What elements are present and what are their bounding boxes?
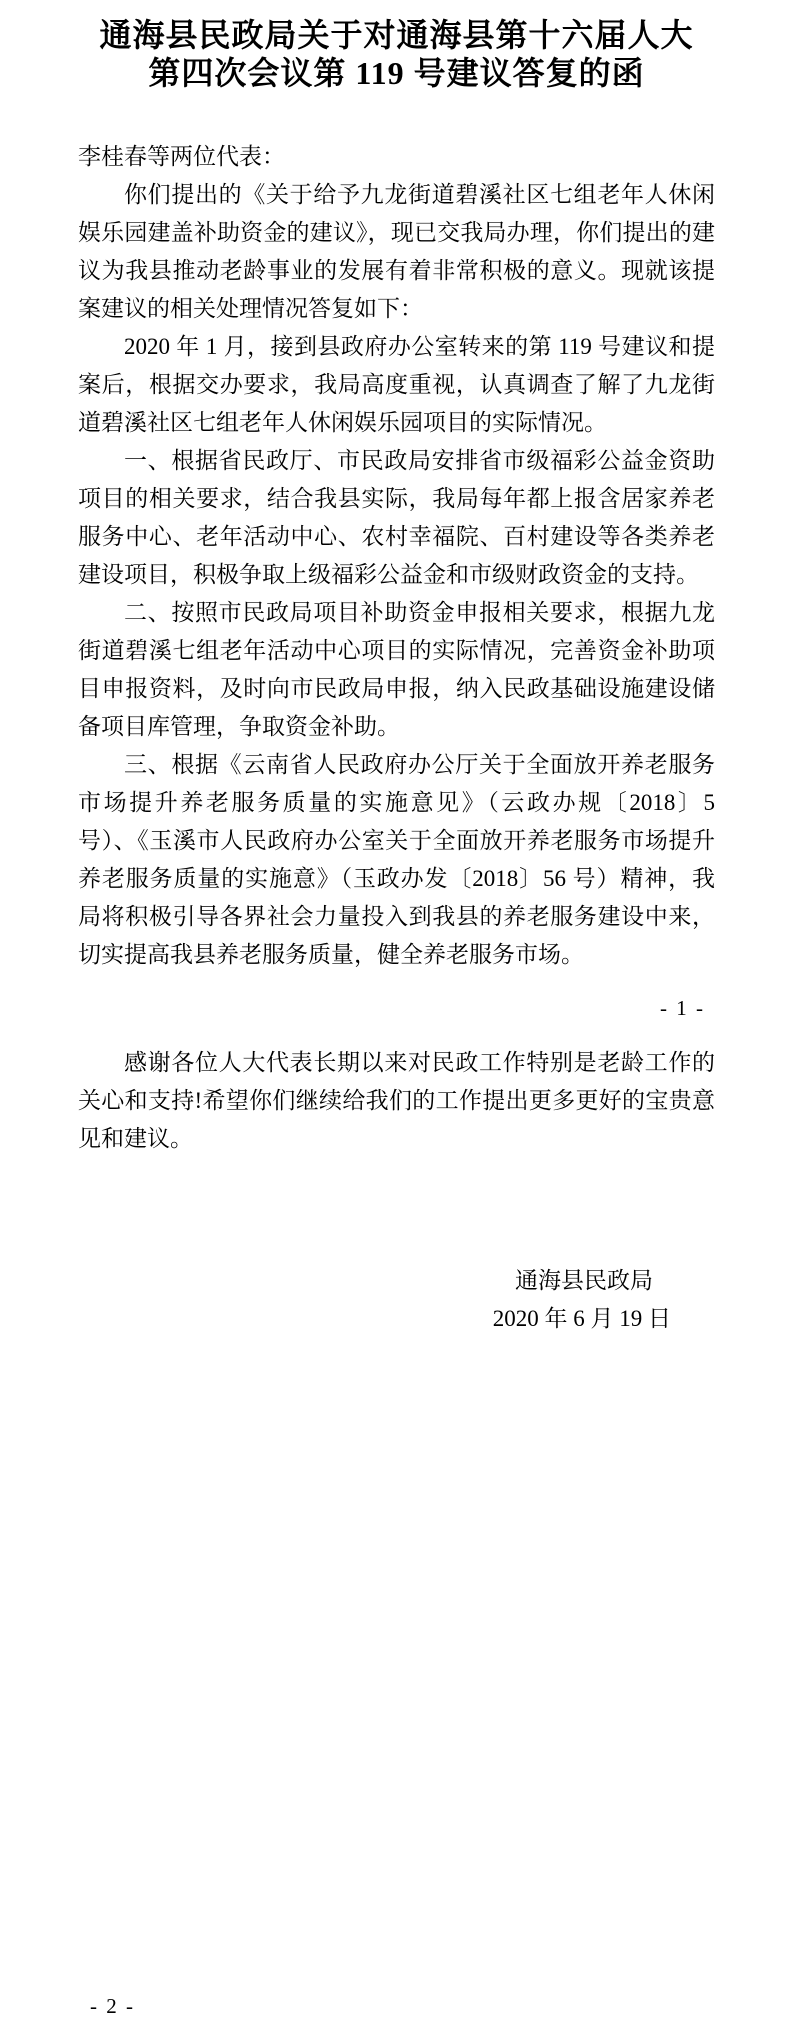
document-title: 通海县民政局关于对通海县第十六届人大 第四次会议第 119 号建议答复的函 [78, 0, 715, 92]
signature-organization: 通海县民政局 [78, 1262, 715, 1300]
page-number-1: - 1 - [78, 996, 715, 1020]
document-content: 通海县民政局关于对通海县第十六届人大 第四次会议第 119 号建议答复的函 李桂… [0, 0, 793, 1338]
title-line-1: 通海县民政局关于对通海县第十六届人大 [78, 16, 715, 54]
document-page: 通海县民政局关于对通海县第十六届人大 第四次会议第 119 号建议答复的函 李桂… [0, 0, 793, 2034]
salutation: 李桂春等两位代表： [78, 138, 715, 176]
body-paragraph-1: 你们提出的《关于给予九龙街道碧溪社区七组老年人休闲娱乐园建盖补助资金的建议》，现… [78, 176, 715, 328]
body-paragraph-5: 三、根据《云南省人民政府办公厅关于全面放开养老服务市场提升养老服务质量的实施意见… [78, 746, 715, 974]
body-paragraph-4: 二、按照市民政局项目补助资金申报相关要求，根据九龙街道碧溪七组老年活动中心项目的… [78, 594, 715, 746]
body-paragraph-2: 2020 年 1 月，接到县政府办公室转来的第 119 号建议和提案后，根据交办… [78, 328, 715, 442]
signature-date: 2020 年 6 月 19 日 [78, 1300, 715, 1338]
title-line-2: 第四次会议第 119 号建议答复的函 [78, 54, 715, 92]
page-number-2: - 2 - [90, 1994, 135, 2018]
signature-block: 通海县民政局 2020 年 6 月 19 日 [78, 1262, 715, 1338]
body-paragraph-3: 一、根据省民政厅、市民政局安排省市级福彩公益金资助项目的相关要求，结合我县实际，… [78, 442, 715, 594]
closing-paragraph: 感谢各位人大代表长期以来对民政工作特别是老龄工作的关心和支持!希望你们继续给我们… [78, 1044, 715, 1158]
